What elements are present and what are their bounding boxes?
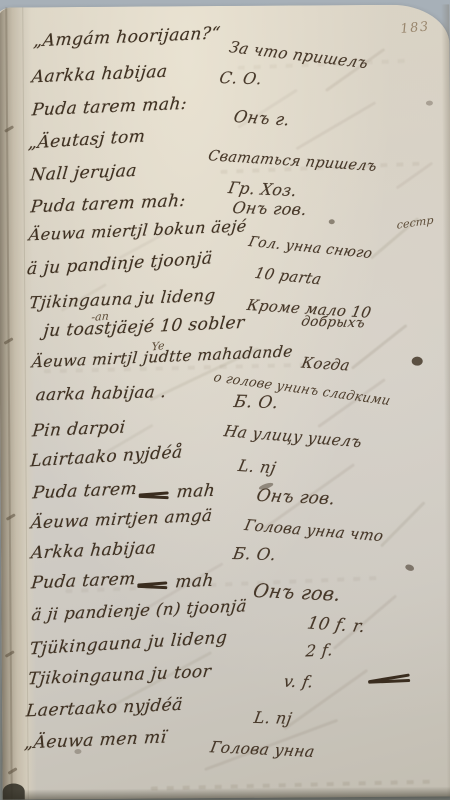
vocab-word: Aarkka habijaa: [31, 62, 169, 88]
manuscript-line: Äeuwa miertjl bokun äejéГол. унна снюгос…: [0, 222, 450, 255]
manuscript-line: Puda taremmahОнъ гов.: [1, 480, 450, 513]
vocab-word: Pin darpoi: [31, 417, 126, 441]
manuscript-line: Tjükingauna ju lideng2 f.: [2, 636, 450, 669]
manuscript-line: aarka habijaa .Б. О.о голове унинъ сладк…: [0, 382, 450, 415]
interlinear-note: Ye: [151, 339, 164, 353]
page-bottom-edge: [3, 786, 450, 799]
vocab-word: Puda tarem: [30, 569, 136, 593]
gloss-text: L. nj: [253, 708, 294, 728]
vocab-word: Arkka habijaa: [30, 538, 157, 563]
ink-blot: [412, 357, 423, 366]
gloss-text: 2 f.: [305, 640, 334, 660]
vocab-word: Nall jerujaa: [29, 161, 137, 185]
manuscript-line: Puda tarem mah:Онъ г.: [0, 97, 450, 130]
manuscript-line: Lairtaako nyjdéåL. nj: [0, 448, 450, 481]
crossed-out-word: [139, 488, 169, 500]
binding-shadow: [3, 783, 25, 799]
manuscript-line: „Äeutasj tomСвататься пришелъ: [0, 130, 450, 163]
gloss-text: 10 parta: [253, 264, 324, 289]
vocab-word: „Amgám hoorijaan?“: [32, 24, 221, 52]
ink-blot: [329, 219, 335, 224]
manuscript-line: Laertaako nyjdéäL. nj: [2, 698, 450, 731]
vocab-word: „Äeuwa men mï: [23, 727, 167, 753]
vocab-word: aarka habijaa .: [35, 382, 168, 404]
vocab-word: Tjikingauna ju lideng: [28, 286, 216, 313]
vocab-word: Puda tarem mah:: [31, 94, 188, 120]
interlinear-note: -an: [91, 310, 109, 324]
gloss-text: Когда: [300, 353, 352, 374]
manuscript-line: Arkka habijaaБ. О.: [1, 540, 450, 573]
gloss-text: Голова унна: [209, 738, 317, 761]
manuscript-line: Tjikoingauna ju toorv. f.: [2, 666, 450, 699]
gloss-text: Б. О.: [231, 544, 277, 564]
handwritten-text: „Amgám hoorijaan?“За что пришелъAarkka h…: [0, 4, 450, 799]
vocab-word: mah: [176, 481, 217, 503]
manuscript-line: „Äeuwa men mïГолова унна: [2, 730, 450, 763]
manuscript-line: Aarkka habijaaС. О.: [0, 64, 450, 97]
manuscript-line: ä ju pandinje tjoonjä10 parta: [0, 256, 450, 289]
gloss-text: Онъ г.: [232, 107, 292, 130]
manuscript-line: Pin darpoiНа улицу ушелъ: [0, 418, 450, 451]
gloss-text: Б. О.: [232, 392, 280, 413]
vocab-word: Puda tarem: [32, 479, 138, 503]
manuscript-photo: 183 „Amgám hoorijaan?“За что пришелъAark…: [0, 0, 450, 800]
manuscript-line: Nall jerujaaГр. Хоз.: [0, 162, 450, 195]
manuscript-page: 183 „Amgám hoorijaan?“За что пришелъAark…: [0, 4, 450, 799]
crossed-out-word: [137, 578, 167, 590]
gloss-text: На улицу ушелъ: [222, 422, 364, 451]
gloss-text: добрыхъ: [300, 313, 366, 331]
gloss-text: Онъ гов.: [255, 486, 337, 510]
gloss-text: L. nj: [237, 456, 278, 477]
vocab-word: mah: [174, 571, 215, 593]
gloss-text: v. f.: [282, 672, 315, 692]
gloss-text: 10 f. r.: [306, 613, 368, 637]
gloss-text: С. О.: [218, 68, 264, 88]
ink-blot: [426, 101, 433, 106]
manuscript-line: Äeuwa mirtjen amgäГолова унна что: [1, 510, 450, 543]
gloss-text: Онъ гов.: [251, 580, 342, 606]
ink-blot: [74, 749, 81, 754]
vocab-word: „Äeutasj tom: [27, 126, 146, 153]
strikethrough-mark: [367, 671, 410, 687]
manuscript-line: „Amgám hoorijaan?“За что пришелъ: [0, 28, 450, 61]
